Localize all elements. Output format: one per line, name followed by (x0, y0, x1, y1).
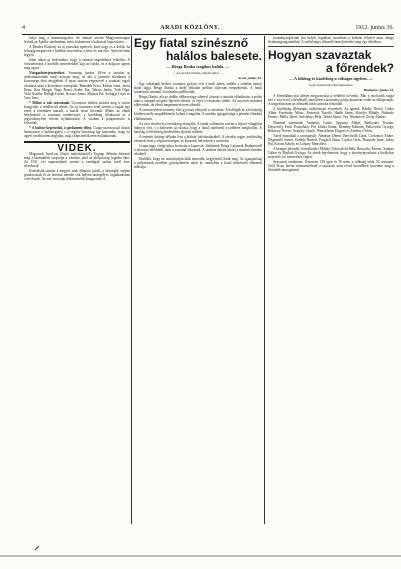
paragraph: folyo meg a kinematografia. Az adatok sz… (24, 36, 130, 44)
byline: — Az Aradi Közlöny tudósítójától. — (134, 71, 262, 75)
paragraph: Emlékét, hogy ez, mindnyájan akik ismert… (134, 157, 262, 169)
paragraph: Magyarok Arad-on. (Saját tudósítónktól.)… (24, 152, 130, 168)
scan-edge (0, 555, 401, 557)
headline-line-2: a főrendek? (268, 62, 394, 75)
paragraph: A kisebbség ellenséges indítványait elve… (268, 107, 394, 119)
paragraph: Egy sokaknak kedves szomorú gyásza volt … (134, 82, 262, 94)
column-2: Egy fiatal szinésznő halálos balesete. —… (134, 36, 262, 526)
column-divider (131, 36, 132, 524)
newspaper-page: 4 ARADI KÖZLÖNY. 1912. junius 16. folyo … (0, 0, 401, 569)
dateline: Budapest, junius 15. (268, 88, 394, 92)
paragraph: Eszlelésük szerint a megyei utak állapot… (24, 169, 130, 181)
article-rule (268, 46, 394, 47)
masthead-rule (22, 34, 394, 35)
page-number: 4 (22, 25, 25, 31)
paragraph: leitet onkat uj kedveinket, hogy a szinm… (24, 58, 130, 70)
issue-date: 1912. junius 16. (355, 25, 394, 31)
paragraph: A szerencsétlen esemény híre gyorsan elt… (134, 108, 262, 120)
paragraph: Csupa nagy virágcsokor borította a kopor… (134, 144, 262, 156)
paragraph: A Rendes Kozlony az uj jarasokat igenyel… (24, 45, 130, 57)
column-1: folyo meg a kinematografia. Az adatok sz… (24, 36, 130, 526)
paragraph: Az eset részleteit a rendőrség vizsgálja… (134, 122, 262, 134)
masthead: 4 ARADI KÖZLÖNY. 1912. junius 16. (22, 22, 394, 34)
newspaper-title: ARADI KÖZLÖNY. (160, 25, 220, 31)
subheadline: — Bérga Ilonka tragikus halála. — (134, 65, 262, 69)
paragraph: A temetés holnap délután lesz a kórház h… (134, 135, 262, 143)
paragraph: kormányzópártiak jórt helyet foglaltak, … (268, 36, 394, 44)
paragraph: Távol maradtak a szavazástól: Almássy Dé… (268, 134, 394, 146)
paragraph: Bérga Ilonka, aki az utóbbi időben nagy … (134, 95, 262, 107)
column-3: kormányzópártiak jórt helyet foglaltak, … (268, 36, 394, 526)
section-text: Gyonyoru idoben tartotta meg a varosi ko… (24, 101, 130, 125)
headline-line-2: halálos balesete. (134, 50, 262, 63)
column-divider (264, 36, 265, 524)
paragraph: Szavazati eredmény: Összesen 128 igen és… (268, 160, 394, 172)
section-text: Vasarnap, junius 10-en a tarsulat uj elo… (24, 71, 130, 99)
paragraph: A beteget jelentők: Szentkirályi Mihály,… (268, 147, 394, 159)
section-heading-videk: VIDÉK. (24, 147, 130, 151)
byline: Saját tudósítónk telefonjelentése. (268, 83, 394, 87)
ink-mark-icon (34, 545, 40, 551)
subheadline: — A tiltótag és kisebbség a válságos ügy… (268, 77, 394, 81)
paragraph: A főrendiház mai ülésén megszavazta a vé… (268, 94, 394, 106)
dateline: Arad, junius 15. (134, 76, 262, 80)
paragraph: Nemmel szavaztak: Andrássy Gyula, Appony… (268, 121, 394, 133)
